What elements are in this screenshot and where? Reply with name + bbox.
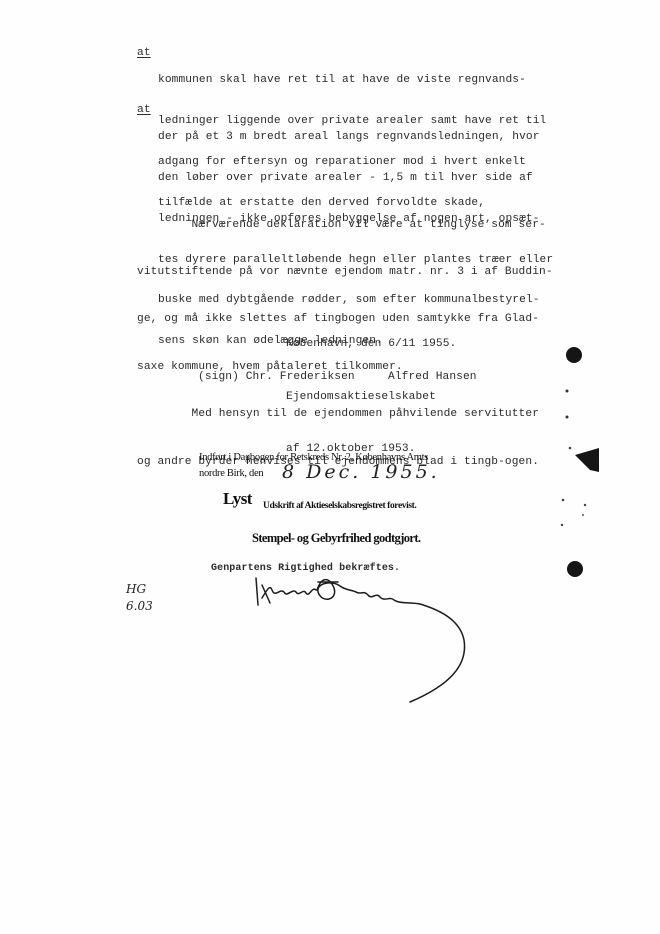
corner-mark xyxy=(0,0,660,934)
document-page: at kommunen skal have ret til at have de… xyxy=(0,0,660,934)
